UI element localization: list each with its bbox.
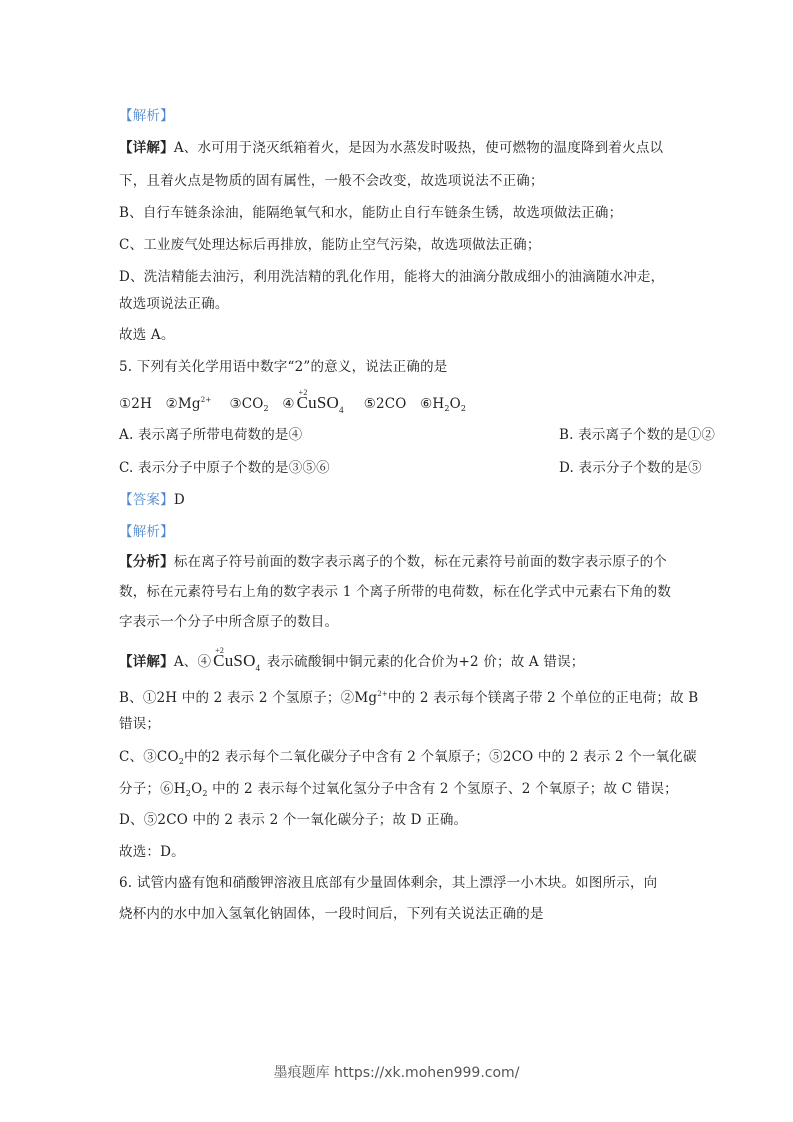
detail-c-line-2: 分子；⑥H2O2 中的 2 表示每个过氧化氢分子中含有 2 个氢原子、2 个氧原… <box>119 779 689 804</box>
question-5-symbols: ①2H ②Mg2+ ③CO2 ④+2CuSO4 ⑤2CO ⑥H2O2 <box>119 390 689 420</box>
detail-d-line: D、⑤2CO 中的 2 表示 2 个一氧化碳分子；故 D 正确。 <box>119 810 689 830</box>
detail-line-1: 【详解】A、水可用于浇灭纸箱着火，是因为水蒸发时吸热，使可燃物的温度降到着火点以 <box>119 138 689 158</box>
symbol-4: ④+2CuSO4 <box>282 396 345 412</box>
symbol-2: ②Mg2+ <box>166 396 212 412</box>
conclusion-2: 故选：D。 <box>119 842 689 862</box>
detail-line-b: B、自行车链条涂油，能隔绝氧气和水，能防止自行车链条生锈，故选项做法正确； <box>119 203 689 223</box>
detail-line-d2: 故选项说法正确。 <box>119 294 689 314</box>
symbol-1: ①2H <box>119 396 152 412</box>
answer-line: 【答案】D <box>119 490 689 510</box>
option-b: B. 表示离子个数的是①② <box>559 425 715 445</box>
detail-b-line-1: B、①2H 中的 2 表示 2 个氢原子；②Mg2+中的 2 表示每个镁离子带 … <box>119 684 689 708</box>
options-row-2: C. 表示分子中原子个数的是③⑤⑥ D. 表示分子个数的是⑤ <box>119 458 689 478</box>
analysis-line-2: 数，标在元素符号右上角的数字表示 1 个离子所带的电荷数，标在化学式中元素右下角… <box>119 582 689 602</box>
detail-label-2: 【详解】 <box>119 654 174 670</box>
analysis-label: 【分析】 <box>119 554 174 570</box>
option-c: C. 表示分子中原子个数的是③⑤⑥ <box>119 460 330 476</box>
jiexi-label-2: 【解析】 <box>119 522 689 542</box>
detail-b-line-2: 错误； <box>119 714 689 734</box>
detail-a-line: 【详解】A、④+2CuSO4 表示硫酸铜中铜元素的化合价为+2 价；故 A 错误… <box>119 651 689 678</box>
question-6-line-1: 6. 试管内盛有饱和硝酸钾溶液且底部有少量固体剩余，其上漂浮一小木块。如图所示，… <box>119 873 689 893</box>
detail-text: A、水可用于浇灭纸箱着火，是因为水蒸发时吸热，使可燃物的温度降到着火点以 <box>174 140 663 156</box>
detail-line-2: 下，且着火点是物质的固有属性，一般不会改变，故选项说法不正确； <box>119 171 689 191</box>
answer-value: D <box>174 492 185 508</box>
detail-c-line-1: C、③CO2中的2 表示每个二氧化碳分子中含有 2 个氧原子；⑤2CO 中的 2… <box>119 747 689 772</box>
detail-label: 【详解】 <box>119 140 174 156</box>
answer-label: 【答案】 <box>119 492 174 508</box>
document-page: 【解析】 【详解】A、水可用于浇灭纸箱着火，是因为水蒸发时吸热，使可燃物的温度降… <box>0 0 793 1122</box>
question-6-line-2: 烧杯内的水中加入氢氧化钠固体，一段时间后，下列有关说法正确的是 <box>119 904 689 924</box>
option-a: A. 表示离子所带电荷数的是④ <box>119 427 302 443</box>
footer-watermark: 墨痕题库 https://xk.mohen999.com/ <box>0 1062 793 1082</box>
option-d: D. 表示分子个数的是⑤ <box>559 458 702 478</box>
analysis-line-3: 字表示一个分子中所含原子的数目。 <box>119 612 689 632</box>
symbol-6: ⑥H2O2 <box>420 396 466 412</box>
detail-line-d: D、洗洁精能去油污，利用洗洁精的乳化作用，能将大的油滴分散成细小的油滴随水冲走， <box>119 267 689 287</box>
symbol-5: ⑤2CO <box>364 396 407 412</box>
symbol-3: ③CO2 <box>229 396 268 412</box>
jiexi-label: 【解析】 <box>119 106 689 126</box>
detail-line-c: C、工业废气处理达标后再排放，能防止空气污染，故选项做法正确； <box>119 235 689 255</box>
analysis-line-1: 【分析】标在离子符号前面的数字表示离子的个数，标在元素符号前面的数字表示原子的个 <box>119 552 689 572</box>
conclusion-1: 故选 A。 <box>119 325 689 345</box>
question-5-stem: 5. 下列有关化学用语中数字“2”的意义，说法正确的是 <box>119 357 689 377</box>
options-row-1: A. 表示离子所带电荷数的是④ B. 表示离子个数的是①② <box>119 425 689 445</box>
